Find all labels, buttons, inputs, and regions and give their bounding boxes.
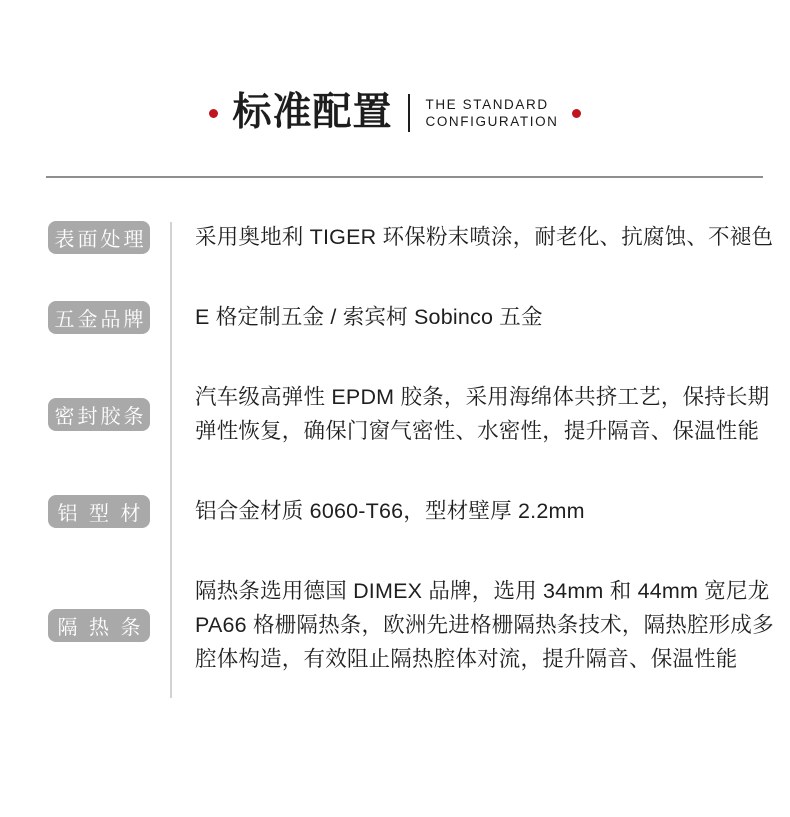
subtitle-line-2: CONFIGURATION — [425, 113, 558, 130]
spec-row-aluminum-profile: 铝 型 材 铝合金材质 6060-T66，型材壁厚 2.2mm — [48, 494, 763, 528]
red-dot-right-icon — [572, 109, 581, 118]
label-column: 表面处理 — [48, 221, 170, 254]
label-column: 铝 型 材 — [48, 495, 170, 528]
description-line: 铝合金材质 6060-T66，型材壁厚 2.2mm — [195, 494, 585, 528]
subtitle-line-1: THE STANDARD — [425, 96, 558, 113]
label-column: 五金品牌 — [48, 301, 170, 334]
spec-table: 表面处理 采用奥地利 TIGER 环保粉末喷涂，耐老化、抗腐蚀、不褪色 五金品牌… — [48, 220, 763, 698]
description-line: 腔体构造，有效阻止隔热腔体对流，提升隔音、保温性能 — [195, 642, 774, 676]
description-line: 汽车级高弹性 EPDM 胶条，采用海绵体共挤工艺，保持长期 — [195, 380, 769, 414]
spec-label-badge: 表面处理 — [48, 221, 150, 254]
spec-row-thermal-break: 隔 热 条 隔热条选用德国 DIMEX 品牌，选用 34mm 和 44mm 宽尼… — [48, 574, 763, 676]
spec-label-badge: 五金品牌 — [48, 301, 150, 334]
page-subtitle: THE STANDARD CONFIGURATION — [425, 96, 558, 130]
description-line: PA66 格栅隔热条，欧洲先进格栅隔热条技术，隔热腔形成多 — [195, 608, 774, 642]
spec-label-badge: 铝 型 材 — [48, 495, 150, 528]
spec-description: E 格定制五金 / 索宾柯 Sobinco 五金 — [170, 300, 543, 334]
spec-row-hardware-brand: 五金品牌 E 格定制五金 / 索宾柯 Sobinco 五金 — [48, 300, 763, 334]
spec-label-badge: 密封胶条 — [48, 398, 150, 431]
standard-configuration-page: 标准配置 THE STANDARD CONFIGURATION 表面处理 采用奥… — [0, 90, 790, 698]
spec-label-badge: 隔 热 条 — [48, 609, 150, 642]
title-divider — [408, 94, 410, 132]
spec-row-sealing-strip: 密封胶条 汽车级高弹性 EPDM 胶条，采用海绵体共挤工艺，保持长期 弹性恢复，… — [48, 380, 763, 448]
label-column: 隔 热 条 — [48, 609, 170, 642]
horizontal-divider — [46, 176, 763, 178]
spec-row-surface-treatment: 表面处理 采用奥地利 TIGER 环保粉末喷涂，耐老化、抗腐蚀、不褪色 — [48, 220, 763, 254]
spec-description: 采用奥地利 TIGER 环保粉末喷涂，耐老化、抗腐蚀、不褪色 — [170, 220, 773, 254]
spec-description: 汽车级高弹性 EPDM 胶条，采用海绵体共挤工艺，保持长期 弹性恢复，确保门窗气… — [170, 380, 769, 448]
page-title: 标准配置 — [232, 90, 392, 136]
description-line: 弹性恢复，确保门窗气密性、水密性，提升隔音、保温性能 — [195, 414, 769, 448]
red-dot-left-icon — [209, 109, 218, 118]
description-line: 隔热条选用德国 DIMEX 品牌，选用 34mm 和 44mm 宽尼龙 — [195, 574, 774, 608]
spec-description: 铝合金材质 6060-T66，型材壁厚 2.2mm — [170, 494, 585, 528]
vertical-divider — [170, 222, 172, 698]
description-line: E 格定制五金 / 索宾柯 Sobinco 五金 — [195, 300, 543, 334]
description-line: 采用奥地利 TIGER 环保粉末喷涂，耐老化、抗腐蚀、不褪色 — [195, 220, 773, 254]
spec-description: 隔热条选用德国 DIMEX 品牌，选用 34mm 和 44mm 宽尼龙 PA66… — [170, 574, 774, 676]
section-header: 标准配置 THE STANDARD CONFIGURATION — [0, 90, 790, 136]
label-column: 密封胶条 — [48, 398, 170, 431]
